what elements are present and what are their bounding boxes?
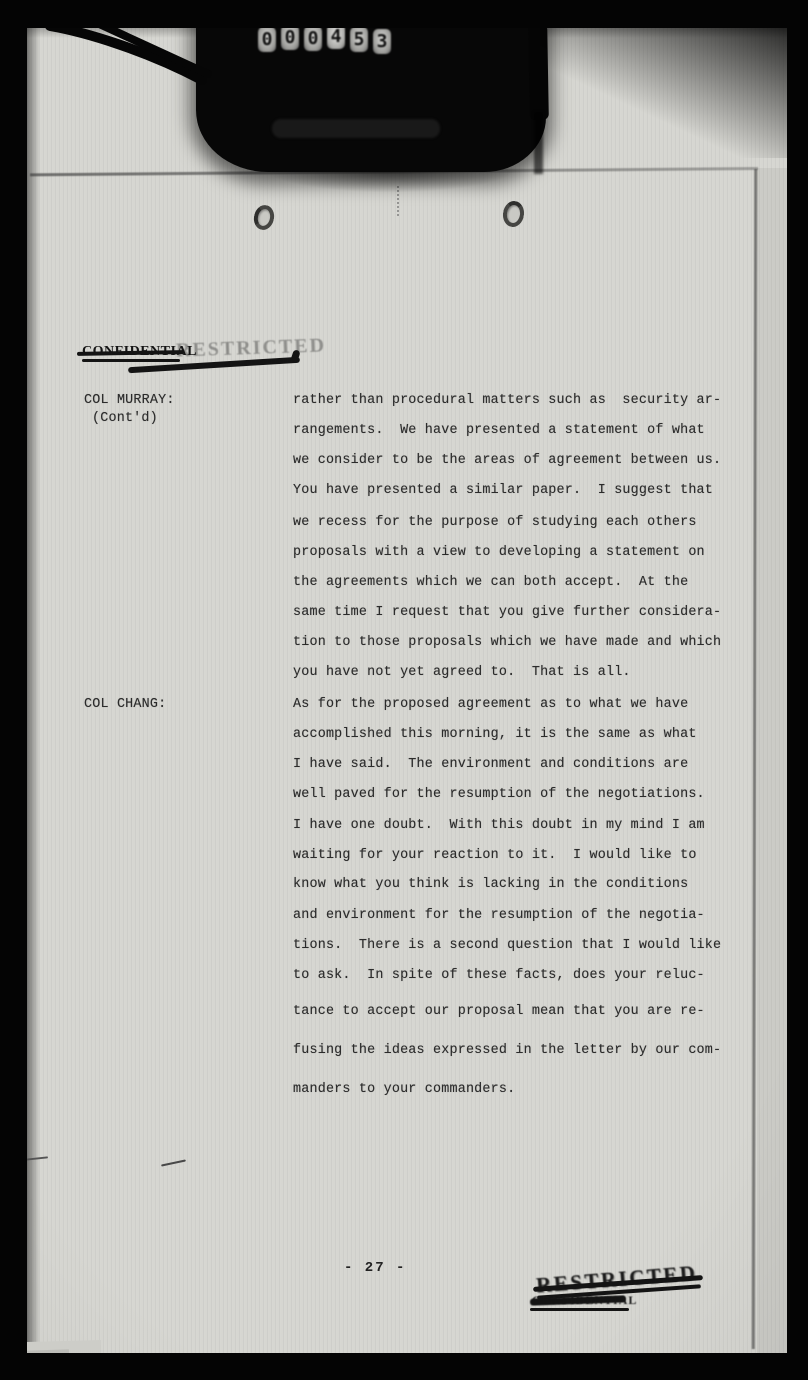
scan-border-top xyxy=(0,0,808,28)
dialogue-line: As for the proposed agreement as to what… xyxy=(293,697,688,713)
paper-sheet xyxy=(27,28,787,1353)
scanned-document-page: 0 0 0 4 5 3 RESTRICTED CONFIDENTIAL COL … xyxy=(0,0,808,1380)
dialogue-line: we recess for the purpose of studying ea… xyxy=(293,515,697,531)
speaker-label-murray: COL MURRAY: xyxy=(84,393,175,409)
counter-digit: 0 xyxy=(258,27,276,52)
dialogue-line: tance to accept our proposal mean that y… xyxy=(293,1004,705,1020)
speaker-label-chang: COL CHANG: xyxy=(84,697,166,713)
page-number: - 27 - xyxy=(344,1260,406,1276)
dialogue-line: the agreements which we can both accept.… xyxy=(293,575,688,591)
dialogue-line: I have said. The environment and conditi… xyxy=(293,757,688,773)
counter-digit: 0 xyxy=(304,26,322,51)
speaker-label-murray-contd: (Cont'd) xyxy=(92,411,158,427)
dialogue-line: tions. There is a second question that I… xyxy=(293,938,721,954)
dialogue-line: to ask. In spite of these facts, does yo… xyxy=(293,968,705,984)
backing-page-strip xyxy=(757,168,787,1353)
counter-cable xyxy=(40,18,220,98)
dialogue-line: tion to those proposals which we have ma… xyxy=(293,635,721,651)
dialogue-line: accomplished this morning, it is the sam… xyxy=(293,727,697,743)
dialogue-line: You have presented a similar paper. I su… xyxy=(293,483,713,499)
scan-vignette xyxy=(27,28,787,1353)
scan-border-bottom xyxy=(0,1353,808,1380)
counter-digit: 5 xyxy=(350,27,368,52)
top-right-shadow xyxy=(540,28,787,158)
dialogue-line: same time I request that you give furthe… xyxy=(293,605,721,621)
scan-border-left xyxy=(0,0,27,1380)
dialogue-line: and environment for the resumption of th… xyxy=(293,908,705,924)
dialogue-line: rangements. We have presented a statemen… xyxy=(293,423,705,439)
counter-slot xyxy=(272,119,440,138)
dialogue-line: manders to your commanders. xyxy=(293,1082,515,1098)
dialogue-line: we consider to be the areas of agreement… xyxy=(293,453,721,469)
dialogue-line: proposals with a view to developing a st… xyxy=(293,545,705,561)
dialogue-line: I have one doubt. With this doubt in my … xyxy=(293,818,705,834)
dialogue-line: fusing the ideas expressed in the letter… xyxy=(293,1043,721,1059)
counter-digit: 3 xyxy=(373,29,391,54)
underline xyxy=(530,1308,629,1311)
left-edge-shadow xyxy=(27,28,40,1353)
scan-border-right xyxy=(787,0,808,1380)
dialogue-line: you have not yet agreed to. That is all. xyxy=(293,665,631,681)
dialogue-line: waiting for your reaction to it. I would… xyxy=(293,848,697,864)
dialogue-line: rather than procedural matters such as s… xyxy=(293,393,721,409)
underline xyxy=(82,359,180,362)
counter-digit: 0 xyxy=(281,25,299,50)
dialogue-line: know what you think is lacking in the co… xyxy=(293,877,688,893)
dialogue-line: well paved for the resumption of the neg… xyxy=(293,787,705,803)
